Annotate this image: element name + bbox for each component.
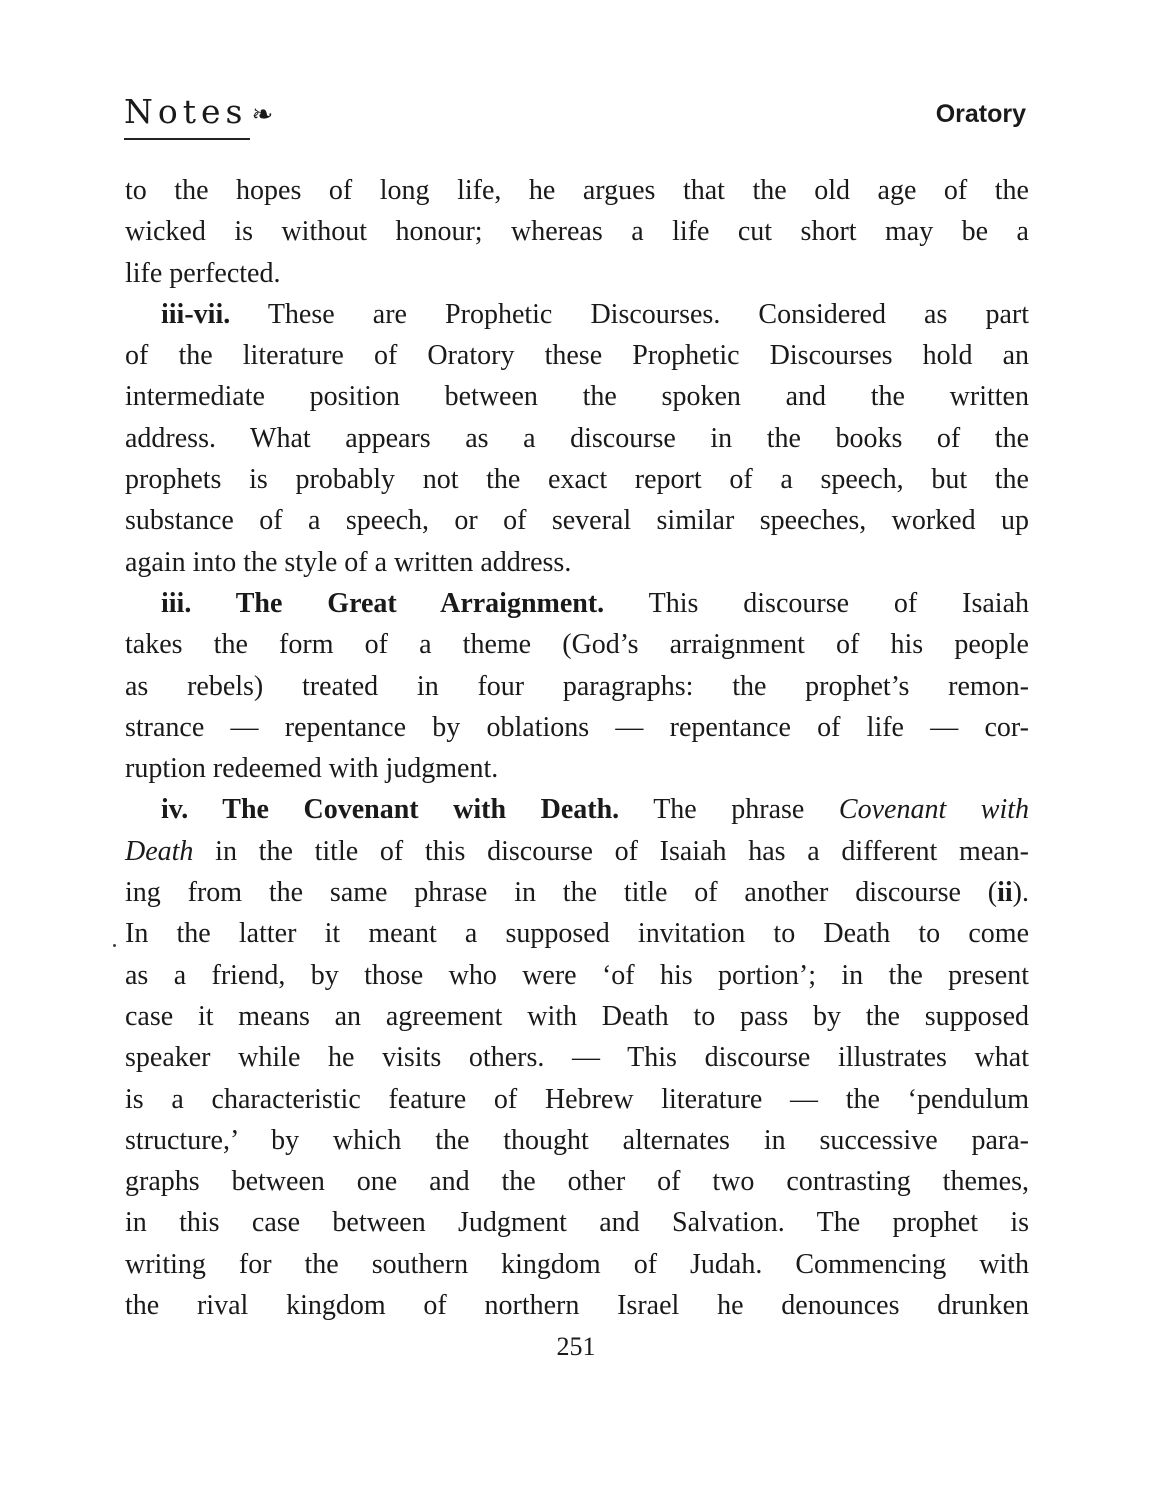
text-line: takes the form of a theme (God’s arraign… <box>125 624 1029 665</box>
print-speck <box>113 944 116 947</box>
text-line: ruption redeemed with judgment. <box>125 748 1029 789</box>
text-line: structure,’ by which the thought alterna… <box>125 1120 1029 1161</box>
paragraph-start-line: iii. The Great Arraignment. This discour… <box>125 583 1029 624</box>
line-text: substance of a speech, or of several sim… <box>125 505 1029 536</box>
text-line: to the hopes of long life, he argues tha… <box>125 170 1029 211</box>
section-label: iii. The Great Arraignment. <box>161 588 604 619</box>
text-line: speaker while he visits others. — This d… <box>125 1037 1029 1078</box>
line-text: in the title of this discourse of Isaiah… <box>215 836 1029 867</box>
italic-phrase: Covenant with <box>839 794 1029 825</box>
line-text: again into the style of a written addres… <box>125 547 571 578</box>
text-line: writing for the southern kingdom of Juda… <box>125 1244 1029 1285</box>
text-line: life perfected. <box>125 253 1029 294</box>
section-label: iii-vii. <box>161 299 230 330</box>
text-line: strance — repentance by oblations — repe… <box>125 707 1029 748</box>
text-line: address. What appears as a discourse in … <box>125 418 1029 459</box>
running-head-notes: Notes❧ <box>124 92 273 131</box>
line-text: to the hopes of long life, he argues tha… <box>125 175 1029 206</box>
line-text: of the literature of Oratory these Proph… <box>125 340 1029 371</box>
line-text: intermediate position between the spoken… <box>125 381 1029 412</box>
text-line: ing from the same phrase in the title of… <box>125 872 1029 913</box>
line-text: speaker while he visits others. — This d… <box>125 1042 1029 1073</box>
text-line: Death in the title of this discourse of … <box>125 831 1029 872</box>
text-line: the rival kingdom of northern Israel he … <box>125 1285 1029 1326</box>
text-line: In the latter it meant a supposed invita… <box>125 913 1029 954</box>
text-line: graphs between one and the other of two … <box>125 1161 1029 1202</box>
line-text: is a characteristic feature of Hebrew li… <box>125 1084 1029 1115</box>
line-text: in this case between Judgment and Salvat… <box>125 1207 1029 1238</box>
line-text: ruption redeemed with judgment. <box>125 753 498 784</box>
cross-reference: ii <box>997 877 1013 908</box>
line-text: ing from the same phrase in the title of… <box>125 877 997 908</box>
text-line: as a friend, by those who were ‘of his p… <box>125 955 1029 996</box>
page-number: 251 <box>0 1332 1152 1362</box>
line-text: address. What appears as a discourse in … <box>125 423 1029 454</box>
line-text: graphs between one and the other of two … <box>125 1166 1029 1197</box>
italic-phrase: Death <box>125 836 193 867</box>
text-line: case it means an agreement with Death to… <box>125 996 1029 1037</box>
line-text: The phrase <box>653 794 804 825</box>
body-text: to the hopes of long life, he argues tha… <box>125 170 1029 1326</box>
text-line: in this case between Judgment and Salvat… <box>125 1202 1029 1243</box>
line-text: writing for the southern kingdom of Juda… <box>125 1249 1029 1280</box>
line-text: In the latter it meant a supposed invita… <box>125 918 1029 949</box>
line-text: These are Prophetic Discourses. Consider… <box>268 299 1029 330</box>
line-text: life perfected. <box>125 258 280 289</box>
line-text: strance — repentance by oblations — repe… <box>125 712 1029 743</box>
text-line: prophets is probably not the exact repor… <box>125 459 1029 500</box>
text-line: intermediate position between the spoken… <box>125 376 1029 417</box>
paragraph-start-line: iv. The Covenant with Death. The phrase … <box>125 789 1029 830</box>
running-head-oratory: Oratory <box>936 100 1026 129</box>
running-head-left-title: Notes <box>124 92 247 131</box>
line-text: as rebels) treated in four paragraphs: t… <box>125 671 1029 702</box>
line-text: wicked is without honour; whereas a life… <box>125 216 1029 247</box>
paragraph-start-line: iii-vii. These are Prophetic Discourses.… <box>125 294 1029 335</box>
line-text: structure,’ by which the thought alterna… <box>125 1125 1029 1156</box>
running-head-rule <box>124 138 250 140</box>
section-label: iv. The Covenant with Death. <box>161 794 619 825</box>
text-line: substance of a speech, or of several sim… <box>125 500 1029 541</box>
line-text: the rival kingdom of northern Israel he … <box>125 1290 1029 1321</box>
text-line: again into the style of a written addres… <box>125 542 1029 583</box>
book-page: Notes❧ Oratory to the hopes of long life… <box>0 0 1152 1510</box>
text-line: is a characteristic feature of Hebrew li… <box>125 1079 1029 1120</box>
line-tail: ). <box>1013 877 1029 908</box>
text-line: as rebels) treated in four paragraphs: t… <box>125 666 1029 707</box>
text-line: of the literature of Oratory these Proph… <box>125 335 1029 376</box>
fleuron-ornament-icon: ❧ <box>251 100 273 130</box>
line-text: as a friend, by those who were ‘of his p… <box>125 960 1029 991</box>
line-text: This discourse of Isaiah <box>649 588 1029 619</box>
line-text: prophets is probably not the exact repor… <box>125 464 1029 495</box>
text-line: wicked is without honour; whereas a life… <box>125 211 1029 252</box>
line-text: takes the form of a theme (God’s arraign… <box>125 629 1029 660</box>
line-text: case it means an agreement with Death to… <box>125 1001 1029 1032</box>
